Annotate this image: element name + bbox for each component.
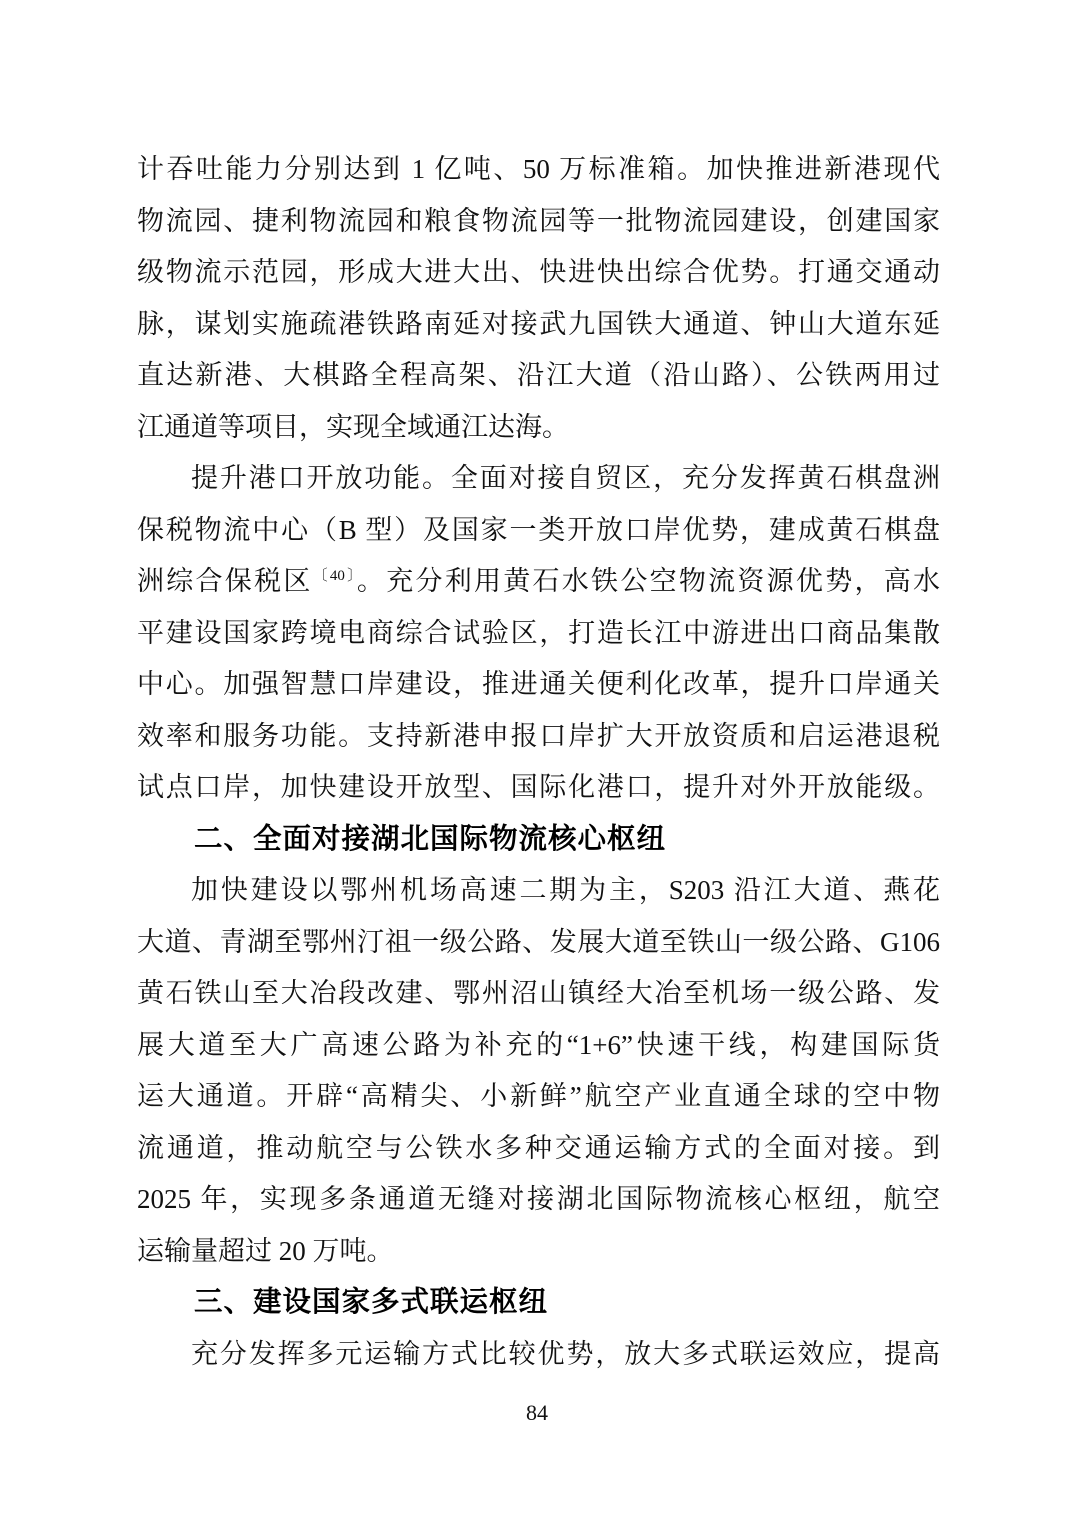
text-line: 直达新港、大棋路全程高架、沿江大道（沿山路）、公铁两用过 <box>137 350 940 402</box>
text-line: 中心。加强智慧口岸建设，推进通关便利化改革，提升口岸通关 <box>137 659 940 711</box>
page-footer: 84 <box>0 1400 1074 1426</box>
text-line: 运输量超过 20 万吨。 <box>137 1226 940 1278</box>
text-line: 加快建设以鄂州机场高速二期为主，S203 沿江大道、燕花 <box>137 865 940 917</box>
text-run: 洲综合保税区 <box>137 566 313 596</box>
text-line: 洲综合保税区〔40〕。充分利用黄石水铁公空物流资源优势，高水 <box>137 556 940 608</box>
section-heading-2: 二、全面对接湖北国际物流核心枢纽 <box>137 814 940 866</box>
text-line: 2025 年，实现多条通道无缝对接湖北国际物流核心枢纽，航空 <box>137 1174 940 1226</box>
text-line: 脉，谋划实施疏港铁路南延对接武九国铁大通道、钟山大道东延 <box>137 299 940 351</box>
text-line: 大道、青湖至鄂州汀祖一级公路、发展大道至铁山一级公路、G106 <box>137 917 940 969</box>
page-number: 84 <box>526 1400 548 1425</box>
text-line: 充分发挥多元运输方式比较优势，放大多式联运效应，提高 <box>137 1329 940 1381</box>
text-line: 提升港口开放功能。全面对接自贸区，充分发挥黄石棋盘洲 <box>137 453 940 505</box>
section-heading-3: 三、建设国家多式联运枢纽 <box>137 1277 940 1329</box>
text-run: 。充分利用黄石水铁公空物流资源优势，高水 <box>357 566 940 596</box>
footnote-ref-40: 〔40〕 <box>313 568 357 584</box>
text-line: 运大通道。开辟“高精尖、小新鲜”航空产业直通全球的空中物 <box>137 1071 940 1123</box>
document-body: 计吞吐能力分别达到 1 亿吨、50 万标准箱。加快推进新港现代 物流园、捷利物流… <box>137 144 940 1380</box>
text-line: 展大道至大广高速公路为补充的“1+6”快速干线，构建国际货 <box>137 1020 940 1072</box>
text-line: 级物流示范园，形成大进大出、快进快出综合优势。打通交通动 <box>137 247 940 299</box>
text-line: 江通道等项目，实现全域通江达海。 <box>137 402 940 454</box>
text-line: 效率和服务功能。支持新港申报口岸扩大开放资质和启运港退税 <box>137 711 940 763</box>
text-line: 保税物流中心（B 型）及国家一类开放口岸优势，建成黄石棋盘 <box>137 505 940 557</box>
text-line: 流通道，推动航空与公铁水多种交通运输方式的全面对接。到 <box>137 1123 940 1175</box>
text-line: 平建设国家跨境电商综合试验区，打造长江中游进出口商品集散 <box>137 608 940 660</box>
text-line: 黄石铁山至大冶段改建、鄂州沼山镇经大冶至机场一级公路、发 <box>137 968 940 1020</box>
text-line: 试点口岸，加快建设开放型、国际化港口，提升对外开放能级。 <box>137 762 940 814</box>
document-page: 计吞吐能力分别达到 1 亿吨、50 万标准箱。加快推进新港现代 物流园、捷利物流… <box>0 0 1074 1520</box>
text-line: 物流园、捷利物流园和粮食物流园等一批物流园建设，创建国家 <box>137 196 940 248</box>
text-line: 计吞吐能力分别达到 1 亿吨、50 万标准箱。加快推进新港现代 <box>137 144 940 196</box>
